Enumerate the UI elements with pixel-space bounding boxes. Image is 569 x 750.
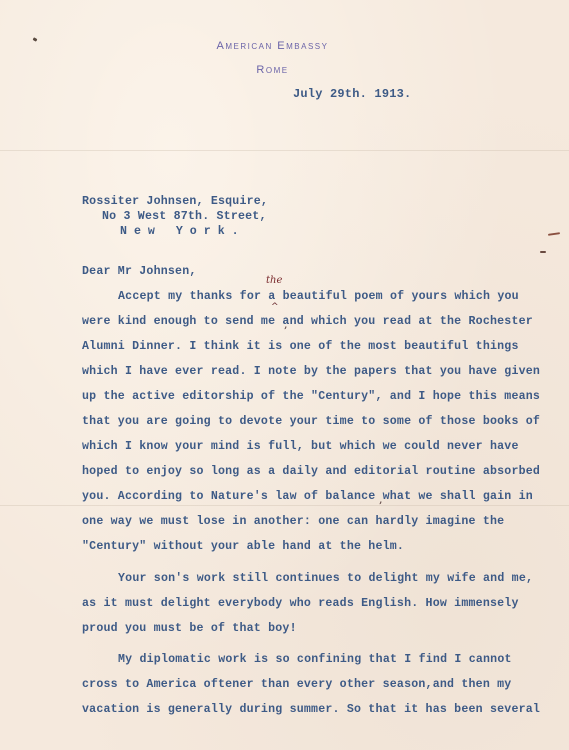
- body-line: Alumni Dinner. I think it is one of the …: [82, 340, 519, 353]
- body-line: up the active editorship of the "Century…: [82, 390, 540, 403]
- body-line: which I know your mind is full, but whic…: [82, 440, 519, 453]
- body-line: "Century" without your able hand at the …: [82, 540, 404, 553]
- letterhead-embassy: American Embassy: [0, 40, 557, 52]
- letter-date: July 29th. 1913.: [293, 87, 411, 101]
- paper-fold-line: [0, 505, 569, 506]
- handwritten-insertion: the: [266, 275, 282, 286]
- recipient-name: Rossiter Johnsen, Esquire,: [82, 195, 268, 208]
- letter-page: American Embassy Rome July 29th. 1913. R…: [0, 0, 569, 750]
- body-line: cross to America oftener than every othe…: [82, 678, 511, 691]
- body-line: as it must delight everybody who reads E…: [82, 597, 519, 610]
- body-line: My diplomatic work is so confining that …: [118, 653, 512, 666]
- paper-fold-line: [0, 150, 569, 151]
- body-line: that you are going to devote your time t…: [82, 415, 540, 428]
- body-line: were kind enough to send me and which yo…: [82, 315, 533, 328]
- body-line: Your son's work still continues to delig…: [118, 572, 533, 585]
- body-line: proud you must be of that boy!: [82, 622, 297, 635]
- ink-speck: [548, 232, 560, 236]
- recipient-street: No 3 West 87th. Street,: [102, 210, 267, 223]
- body-line: which I have ever read. I note by the pa…: [82, 365, 540, 378]
- body-line: hoped to enjoy so long as a daily and ed…: [82, 465, 540, 478]
- handwritten-comma: ,: [379, 493, 383, 506]
- insertion-caret-icon: ^: [271, 302, 279, 312]
- body-line: Accept my thanks for a beautiful poem of…: [118, 290, 519, 303]
- body-line: one way we must lose in another: one can…: [82, 515, 504, 528]
- salutation: Dear Mr Johnsen,: [82, 265, 197, 278]
- recipient-city: New York.: [120, 225, 246, 238]
- letterhead-city: Rome: [0, 64, 557, 76]
- body-line: vacation is generally during summer. So …: [82, 703, 540, 716]
- handwritten-comma: ,: [284, 318, 288, 331]
- ink-speck: [540, 251, 546, 253]
- body-line: you. According to Nature's law of balanc…: [82, 490, 533, 503]
